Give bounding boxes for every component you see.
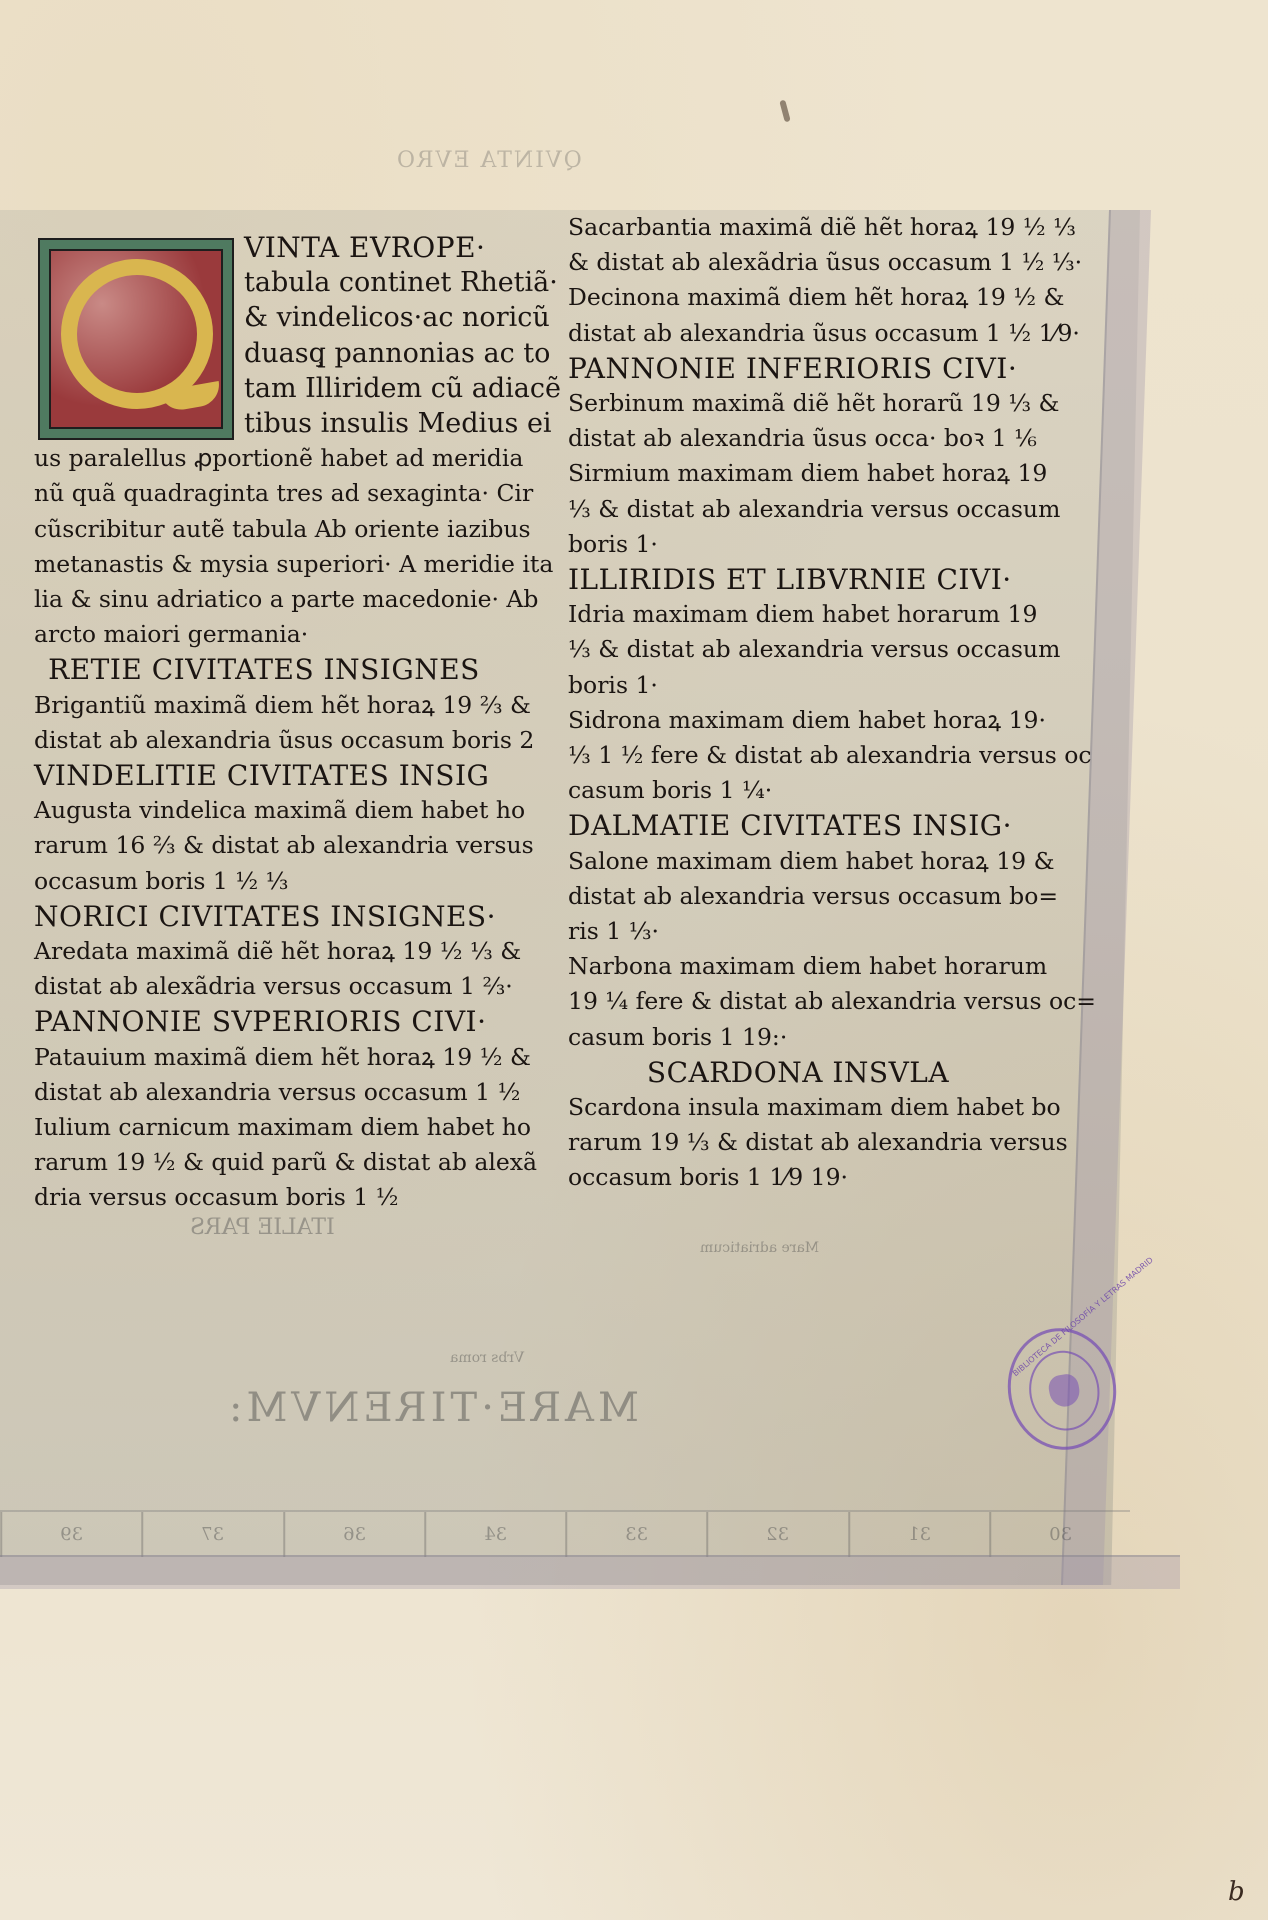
text-line: nũ quã quadraginta tres ad sexaginta· Ci… [34, 476, 494, 511]
text-line: distat ab alexandria ũsus occa· boꝛ 1 ⅙ [568, 421, 1028, 456]
scale-number: 30 [989, 1512, 1130, 1557]
crest-icon [1047, 1372, 1082, 1409]
text-line: occasum boris 1 1⁄9 19· [568, 1160, 1028, 1195]
section-heading: SCARDONA INSVLA [568, 1055, 1028, 1090]
signature-mark: b [1228, 1877, 1245, 1907]
bleed-through-place-label: Mare adriaticum [700, 1240, 819, 1256]
bleed-through-scale-strip: 39 37 36 34 33 32 31 30 [0, 1510, 1130, 1557]
text-line: boris 1· [568, 668, 1028, 703]
text-line: Serbinum maximã diẽ hẽt horarũ 19 ⅓ & [568, 386, 1028, 421]
section-heading: DALMATIE CIVITATES INSIG· [568, 808, 1028, 843]
text-line: distat ab alexandria versus occasum 1 ½ [34, 1075, 494, 1110]
text-line: tibus insulis Medius ei [34, 406, 494, 441]
text-line: casum boris 1 19:· [568, 1020, 1028, 1055]
text-line: rarum 19 ⅓ & distat ab alexandria versus [568, 1125, 1028, 1160]
scale-number: 36 [283, 1512, 424, 1557]
text-line: boris 1· [568, 527, 1028, 562]
text-line: occasum boris 1 ½ ⅓ [34, 864, 494, 899]
text-line: metanastis & mysia superiori· A meridie … [34, 547, 494, 582]
text-line: Sacarbantia maximã diẽ hẽt horaꝝ 19 ½ ⅓ [568, 210, 1028, 245]
text-line: tam Illiridem cũ adiacẽ [34, 371, 494, 406]
text-line: ⅓ & distat ab alexandria versus occasum [568, 632, 1028, 667]
bleed-through-place-label: Vrbs roma [450, 1350, 524, 1366]
text-line: Iulium carnicum maximam diem habet ho [34, 1110, 494, 1145]
scale-number: 37 [141, 1512, 282, 1557]
section-heading: ILLIRIDIS ET LIBVRNIE CIVI· [568, 562, 1028, 597]
scale-number: 39 [0, 1512, 141, 1557]
ink-smudge [779, 100, 790, 123]
text-line: distat ab alexandria versus occasum bo= [568, 879, 1028, 914]
text-line: Idria maximam diem habet horarum 19 [568, 597, 1028, 632]
text-column-left: VINTA EVROPE· tabula continet Rhetiã· & … [34, 230, 494, 1216]
text-line: tabula continet Rhetiã· [34, 265, 494, 300]
section-heading: NORICI CIVITATES INSIGNES· [34, 899, 494, 934]
text-line: dria versus occasum boris 1 ½ [34, 1180, 494, 1215]
text-line: cũscribitur autẽ tabula Ab oriente iazib… [34, 512, 494, 547]
section-heading: PANNONIE SVPERIORIS CIVI· [34, 1004, 494, 1039]
ghost-running-heading: QVINTA EVRO [395, 148, 582, 173]
text-line: lia & sinu adriatico a parte macedonie· … [34, 582, 494, 617]
bleed-through-place-label: ITALIE PARS [190, 1215, 335, 1240]
text-line: Sidrona maximam diem habet horaꝝ 19· [568, 703, 1028, 738]
text-line: Brigantiũ maximã diem hẽt horaꝝ 19 ⅔ & [34, 688, 494, 723]
bleed-through-map-frame-bottom [0, 1555, 1180, 1589]
text-line: Narbona maximam diem habet horarum [568, 949, 1028, 984]
text-line: ris 1 ⅓· [568, 914, 1028, 949]
bleed-through-sea-label: MARE·TIRENVM: [225, 1385, 639, 1431]
text-line: rarum 16 ⅔ & distat ab alexandria versus [34, 828, 494, 863]
text-line: & vindelicos·ac noricũ [34, 300, 494, 335]
text-line: Decinona maximã diem hẽt horaꝝ 19 ½ & [568, 280, 1028, 315]
scale-number: 32 [706, 1512, 847, 1557]
text-line: Aredata maximã diẽ hẽt horaꝝ 19 ½ ⅓ & [34, 934, 494, 969]
text-line: ⅓ & distat ab alexandria versus occasum [568, 492, 1028, 527]
section-heading: RETIE CIVITATES INSIGNES [34, 652, 494, 687]
text-line: us paralellus ꝓportionẽ habet ad meridia [34, 441, 494, 476]
scale-number: 33 [565, 1512, 706, 1557]
text-line: & distat ab alexãdria ũsus occasum 1 ½ ⅓… [568, 245, 1028, 280]
text-line: distat ab alexandria ũsus occasum boris … [34, 723, 494, 758]
text-line: arcto maiori germania· [34, 617, 494, 652]
text-column-right: Sacarbantia maximã diẽ hẽt horaꝝ 19 ½ ⅓ … [568, 210, 1028, 1196]
text-line: rarum 19 ½ & quid parũ & distat ab alexã [34, 1145, 494, 1180]
text-line: distat ab alexãdria versus occasum 1 ⅔· [34, 969, 494, 1004]
scale-number: 31 [848, 1512, 989, 1557]
text-line: 19 ¼ fere & distat ab alexandria versus … [568, 984, 1028, 1019]
scale-number: 34 [424, 1512, 565, 1557]
text-line: ⅓ 1 ½ fere & distat ab alexandria versus… [568, 738, 1028, 773]
section-heading: PANNONIE INFERIORIS CIVI· [568, 351, 1028, 386]
text-line: Scardona insula maximam diem habet bo [568, 1090, 1028, 1125]
text-line: Patauium maximã diem hẽt horaꝝ 19 ½ & [34, 1040, 494, 1075]
text-line: distat ab alexandria ũsus occasum 1 ½ 1⁄… [568, 316, 1028, 351]
text-line: casum boris 1 ¼· [568, 773, 1028, 808]
text-line: duasq̧ pannonias ac to [34, 336, 494, 371]
manuscript-page: 39 37 36 34 33 32 31 30 MARE·TIRENVM: Vr… [0, 0, 1268, 1920]
section-heading: VINDELITIE CIVITATES INSIG [34, 758, 494, 793]
text-line: Sirmium maximam diem habet horaꝝ 19 [568, 456, 1028, 491]
text-line: Augusta vindelica maximã diem habet ho [34, 793, 494, 828]
text-line: Salone maximam diem habet horaꝝ 19 & [568, 844, 1028, 879]
text-line: VINTA EVROPE· [34, 230, 494, 265]
